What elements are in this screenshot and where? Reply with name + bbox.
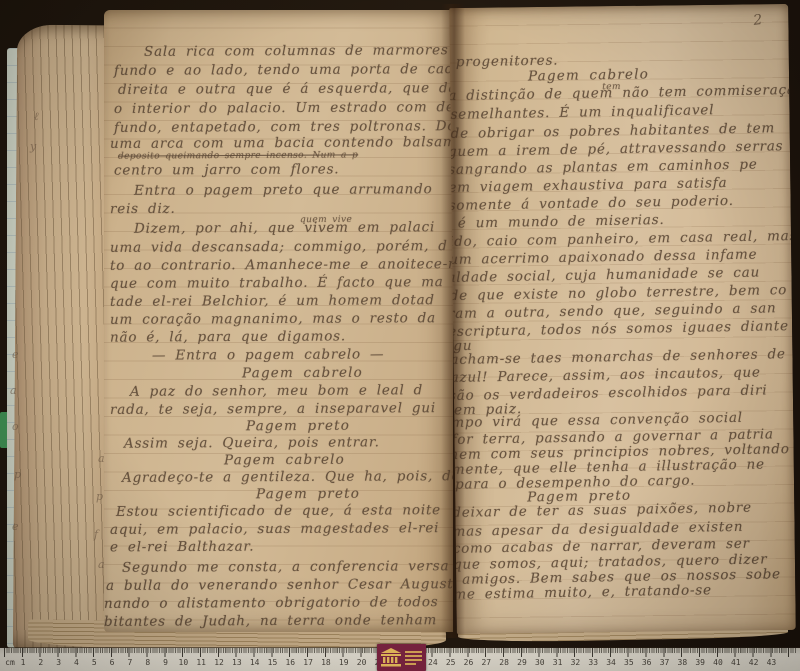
manuscript-line: progenitores.: [456, 53, 559, 69]
manuscript-line: nando o alistamento obrigatorio de todos: [104, 595, 439, 611]
ruler-number: 6: [103, 658, 121, 667]
ruler-number: 10: [174, 658, 192, 667]
ruler-number: 39: [691, 658, 709, 667]
ruler-number: 32: [566, 658, 584, 667]
manuscript-line: são os verdadeiros escolhidos para diri: [449, 383, 767, 403]
ruler-number: 28: [495, 658, 513, 667]
manuscript-line: fundo e ao lado, tendo uma porta de cad: [114, 62, 453, 78]
ruler-number: 33: [584, 658, 602, 667]
manuscript-line: um acerrimo apaixonado dessa infame: [449, 248, 757, 267]
ruler-number: 17: [299, 658, 317, 667]
stack-stray-mark: e: [12, 348, 19, 361]
ruler-number: 14: [246, 658, 264, 667]
manuscript-line: fundo, entapetado, com tres poltronas. D…: [114, 119, 453, 135]
manuscript-line: direita e outra que é á esquerda, que dá: [118, 81, 453, 97]
stack-stray-mark: e: [12, 520, 19, 533]
manuscript-line: aqui, em palacio, suas magestades el-rei: [110, 521, 439, 537]
stack-stray-mark: a: [10, 384, 17, 397]
manuscript-line: me estima muito, e, tratando-se: [453, 583, 712, 602]
manuscript-line: Pagem cabrelo: [224, 453, 345, 468]
manuscript-line: Pagem cabrelo: [242, 366, 363, 381]
ruler-number: 4: [67, 658, 85, 667]
manuscript-line: sangrando as plantas em caminhos pe: [449, 158, 757, 177]
manuscript-line: — Entra o pagem cabrelo —: [152, 347, 384, 362]
stack-stray-mark: ℓ: [34, 110, 39, 123]
manuscript-line: rada, te seja, sempre, a inseparavel gui: [110, 401, 436, 417]
manuscript-line: centro um jarro com flores.: [114, 162, 339, 177]
ruler-number: 7: [121, 658, 139, 667]
ruler-number: 1: [14, 658, 32, 667]
manuscript-line: escriptura, todos nós somos iguaes diant…: [449, 319, 789, 339]
ruler-number: 31: [549, 658, 567, 667]
manuscript-line: Agradeço-te a gentileza. Que ha, pois, d…: [122, 469, 453, 485]
manuscript-line: reis diz.: [110, 202, 176, 216]
manuscript-line: uma vida descansada; commigo, porém, d: [110, 239, 448, 255]
manuscript-scan-photo: Sala rica com columnas de marmores pfund…: [0, 0, 800, 671]
ruler-number: 27: [477, 658, 495, 667]
manuscript-line: Pagem preto: [256, 487, 360, 502]
manuscript-line: tade el-rei Belchior, é um homem dotad: [110, 293, 435, 309]
ruler-number: 26: [460, 658, 478, 667]
manuscript-line: e el-rei Balthazar.: [110, 540, 254, 555]
ruler-number: 25: [442, 658, 460, 667]
stack-stray-mark: a: [98, 452, 105, 465]
stack-stray-mark: p: [96, 490, 103, 503]
ruler-number: 40: [709, 658, 727, 667]
ruler-number: 11: [192, 658, 210, 667]
ruler-number: 19: [335, 658, 353, 667]
manuscript-line: Pagem cabrelo: [528, 67, 649, 83]
ruler-number: 36: [638, 658, 656, 667]
library-logo-badge: [377, 644, 426, 671]
manuscript-line: a distinção de quem não tem commiseração: [449, 83, 796, 103]
ruler-number: 2: [32, 658, 50, 667]
ruler-number: 41: [727, 658, 745, 667]
manuscript-line: to ao contrario. Amanhece-me e anoitece-…: [110, 257, 453, 273]
ruler-number: 15: [263, 658, 281, 667]
ruler-number: 16: [281, 658, 299, 667]
stack-stray-mark: a: [98, 558, 105, 571]
manuscript-line: de obrigar os pobres habitantes de tem: [451, 121, 776, 141]
manuscript-line: Pagem preto: [246, 419, 350, 434]
logo-text-line: [405, 659, 422, 661]
ruler-number: 8: [139, 658, 157, 667]
ruler-number: 24: [424, 658, 442, 667]
manuscript-left-page: Sala rica com columnas de marmores pfund…: [104, 10, 453, 632]
manuscript-line: bitantes de Judah, na terra onde tenham: [104, 613, 437, 629]
manuscript-line: Sala rica com columnas de marmores p: [144, 43, 453, 59]
logo-text-line: [405, 651, 422, 653]
manuscript-line: não é, lá, para que digamos.: [110, 329, 346, 344]
ruler-number: 9: [157, 658, 175, 667]
manuscript-line: é um mundo de miserias.: [458, 213, 665, 231]
manuscript-line: somente á vontade do seu poderio.: [449, 194, 734, 213]
manuscript-line: o interior do palacio. Um estrado com de…: [114, 100, 453, 116]
manuscript-line: um coração magnanimo, mas o resto da: [110, 311, 436, 327]
stack-stray-mark: y: [30, 140, 36, 153]
ruler-number: 18: [317, 658, 335, 667]
manuscript-line: em viagem exhaustiva para satisfa: [449, 176, 727, 195]
ruler-number: 13: [228, 658, 246, 667]
logo-text-line: [405, 663, 416, 665]
manuscript-line: deixar de ter as suas paixões, nobre: [452, 501, 752, 520]
ruler-number: 20: [353, 658, 371, 667]
ruler-number: 12: [210, 658, 228, 667]
ruler-number: 35: [620, 658, 638, 667]
stack-stray-mark: f: [94, 528, 98, 541]
stack-stray-mark: o: [12, 420, 19, 433]
ruler-number: 3: [50, 658, 68, 667]
stack-stray-mark: p: [14, 468, 21, 481]
ruler-number: 29: [513, 658, 531, 667]
manuscript-line: Dizem, por ahi, que vivem em palaci: [134, 220, 435, 236]
manuscript-line: a bulla do venerando senhor Cesar August…: [106, 577, 453, 593]
ruler-number: 42: [745, 658, 763, 667]
logo-text-line: [405, 655, 422, 657]
manuscript-right-page: 2 progenitores.Pagem cabrelotema distinç…: [449, 4, 796, 634]
ruler-number: 34: [602, 658, 620, 667]
ruler-number: 5: [85, 658, 103, 667]
manuscript-line: aldade social, cuja humanidade se cau: [449, 265, 760, 284]
manuscript-line: Estou scientificado de que, á esta noite: [116, 503, 441, 519]
ruler-number: 37: [656, 658, 674, 667]
manuscript-line: que com muito trabalho. É facto que ma: [110, 275, 444, 291]
manuscript-line: Assim seja. Queira, pois entrar.: [124, 435, 380, 450]
page-number: 2: [753, 12, 764, 29]
manuscript-line: azul! Parece, assim, aos incautos, que: [451, 366, 761, 385]
ruler-number: 43: [762, 658, 780, 667]
ruler-number: 30: [531, 658, 549, 667]
ruler-number: 38: [673, 658, 691, 667]
manuscript-line: ram a outra, sendo que, seguindo a san: [449, 301, 776, 321]
manuscript-line: Entra o pagem preto que arrumando: [134, 182, 433, 198]
manuscript-line: semelhantes. É um inqualificavel: [450, 103, 714, 122]
manuscript-line: Segundo me consta, a conferencia versa: [122, 559, 449, 575]
manuscript-line: A paz do senhor, meu bom e leal d: [130, 383, 423, 399]
